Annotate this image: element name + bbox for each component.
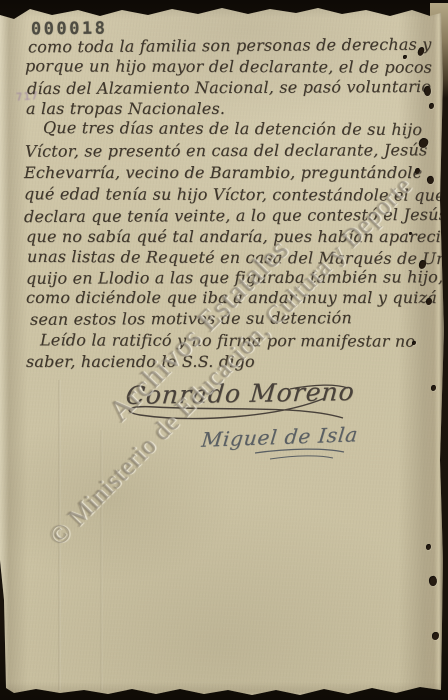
fold-crease: [58, 380, 61, 690]
wormhole: [417, 46, 425, 56]
handwriting-line: qué edad tenía su hijo Víctor, contestán…: [24, 184, 445, 204]
wormhole: [426, 544, 431, 550]
handwriting-line: a las tropas Nacionales.: [26, 99, 225, 118]
wormhole: [412, 341, 416, 345]
handwriting-line: saber, haciendo lo S.S. digo: [26, 352, 255, 371]
signature-miguel-de-isla: Miguel de Isla: [200, 422, 359, 451]
wormhole: [426, 175, 435, 185]
handwriting-line: quijo en Llodio a las que figuraba tambi…: [26, 267, 443, 287]
handwriting-line: sean estos los motivos de su detención: [30, 308, 352, 329]
fold-crease: [100, 430, 103, 690]
scanned-document-background: 000018 717 como toda la familia son pers…: [0, 0, 448, 700]
handwriting-line: declara que tenía veinte, a lo que conte…: [24, 205, 447, 226]
handwriting-line: como diciéndole que iba a andar muy mal …: [26, 288, 437, 307]
handwriting-line: como toda la familia son personas de der…: [28, 35, 432, 57]
handwriting-line: Que tres días antes de la detención de s…: [43, 118, 422, 139]
wormhole: [428, 575, 438, 586]
wormhole: [431, 385, 436, 391]
handwriting-line: unas listas de Requeté en casa del Marqu…: [27, 247, 448, 268]
wormhole: [429, 103, 434, 109]
handwriting-line: Echevarría, vecino de Barambio, preguntá…: [24, 163, 422, 182]
signature-conrado-moreno: Conrado Moreno: [125, 377, 357, 410]
handwriting-line: que no sabía qué tal andaría, pues había…: [26, 227, 448, 246]
handwriting-line: Leído la ratificó y no firma por manifes…: [40, 330, 415, 350]
handwriting-line: días del Alzamiento Nacional, se pasó vo…: [27, 77, 431, 98]
handwriting-line: porque un hijo mayor del declarante, el …: [25, 56, 432, 76]
document-page: 000018 717 como toda la familia son pers…: [0, 0, 448, 700]
handwriting-line: Víctor, se presentó en casa del declaran…: [25, 140, 428, 160]
wormhole: [432, 632, 439, 640]
